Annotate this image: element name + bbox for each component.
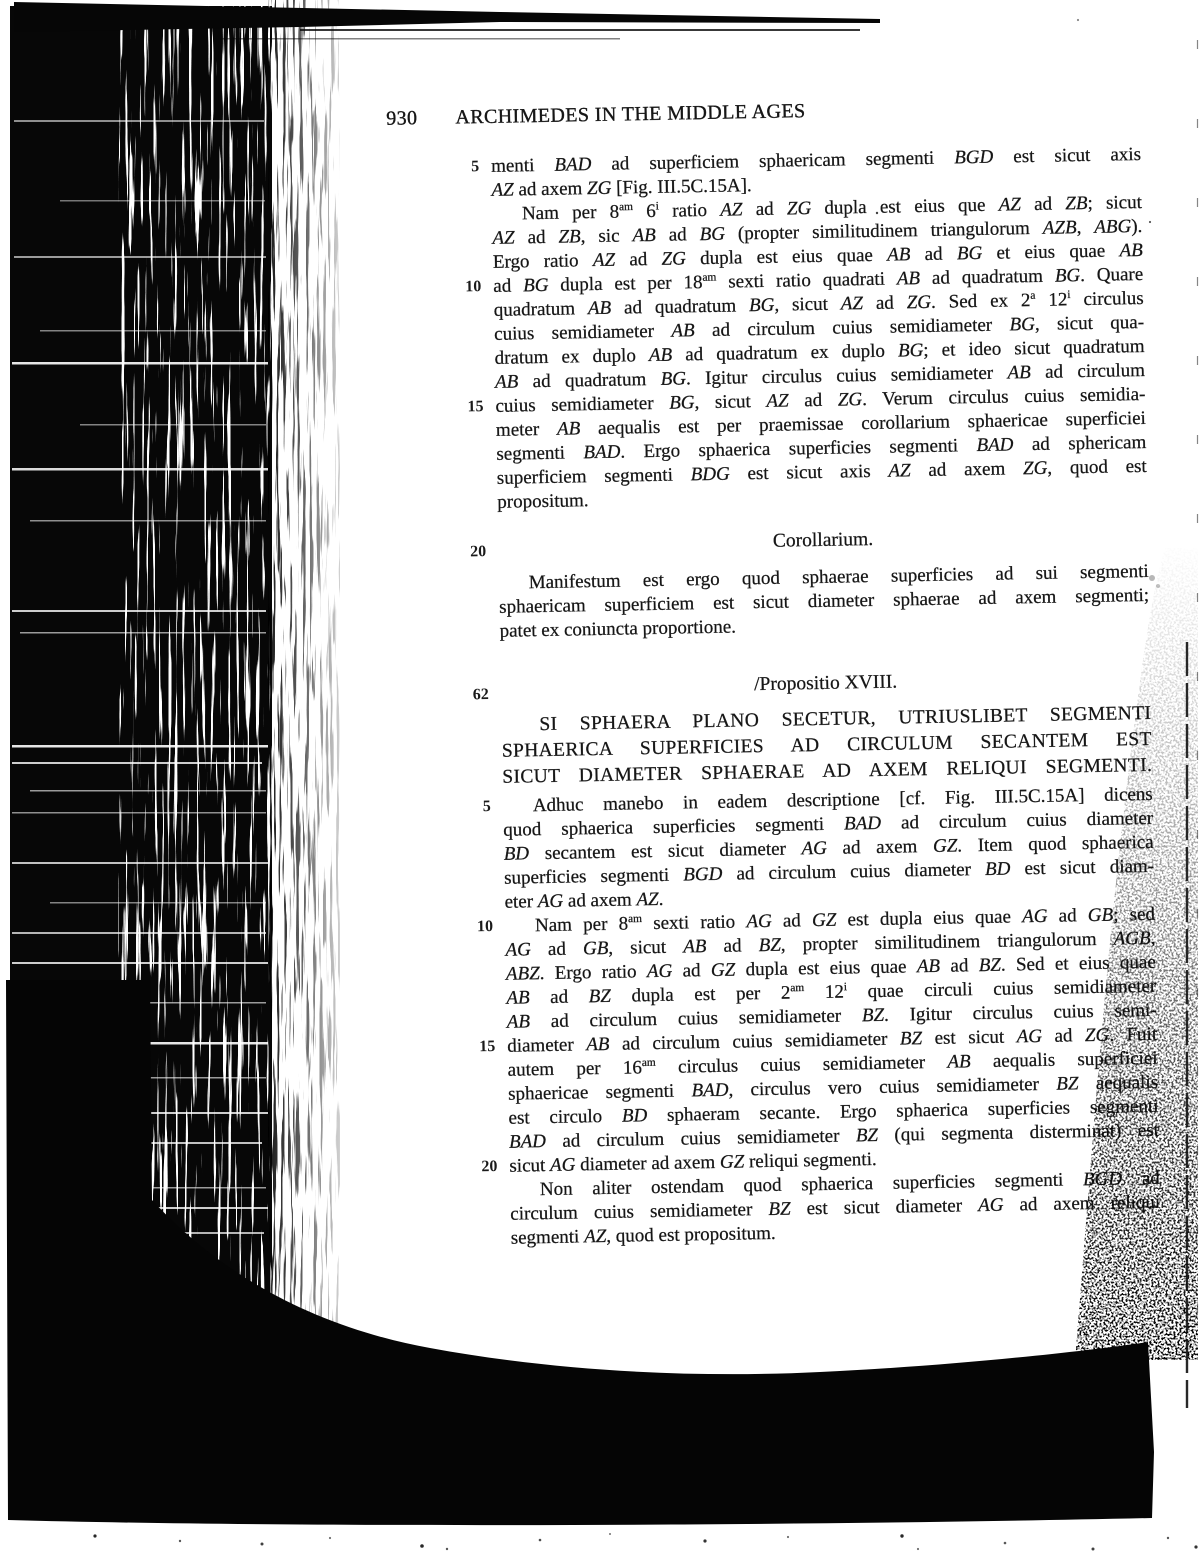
margin-line-number xyxy=(382,765,490,793)
margin-line-number xyxy=(390,1179,498,1205)
scan-scratch-lines xyxy=(12,120,268,1335)
margin-line-number xyxy=(373,251,481,277)
margin-line-number: 15 xyxy=(375,395,483,421)
margin-line-number xyxy=(384,867,492,893)
margin-line-number xyxy=(386,963,494,989)
scanned-book-page: 930 ARCHIMEDES IN THE MIDDLE AGES 5menti… xyxy=(0,0,1200,1552)
margin-line-number: 10 xyxy=(373,275,481,301)
margin-line-number xyxy=(382,739,490,767)
paragraph: 5Adhuc manebo in eadem descriptione [cf.… xyxy=(383,783,1161,1253)
margin-line-number xyxy=(384,891,492,917)
margin-line-number xyxy=(374,323,482,349)
margin-line-number xyxy=(390,1203,498,1229)
margin-line-number xyxy=(375,371,483,397)
heading-text: /Propositio XVIII. xyxy=(500,666,1150,707)
margin-line-number xyxy=(374,347,482,373)
margin-line-number: 5 xyxy=(383,795,491,821)
margin-line-number xyxy=(389,1131,497,1157)
margin-line-number xyxy=(372,203,480,229)
margin-line-number xyxy=(377,467,485,493)
page-text-area: 930 ARCHIMEDES IN THE MIDDLE AGES 5menti… xyxy=(370,93,1161,1253)
margin-line-number xyxy=(388,1107,496,1133)
margin-line-number xyxy=(379,620,487,646)
margin-line-number xyxy=(376,419,484,445)
running-header: 930 ARCHIMEDES IN THE MIDDLE AGES xyxy=(370,93,1140,131)
margin-line-number xyxy=(386,987,494,1013)
paragraph: SI SPHAERA PLANO SECETUR, UTRIUSLIBET SE… xyxy=(381,701,1152,793)
margin-line-number xyxy=(371,179,479,205)
margin-line-number xyxy=(374,299,482,325)
margin-line-number xyxy=(376,443,484,469)
margin-line-number: 20 xyxy=(389,1155,497,1181)
top-edge-scan-streak xyxy=(14,2,880,40)
margin-line-number xyxy=(372,227,480,253)
margin-line-number xyxy=(377,491,485,517)
margin-line-number xyxy=(391,1227,499,1253)
heading-text: Corollarium. xyxy=(498,523,1148,564)
margin-line-number: 15 xyxy=(387,1035,495,1061)
margin-line-number xyxy=(383,819,491,845)
running-title: ARCHIMEDES IN THE MIDDLE AGES xyxy=(455,99,806,129)
margin-line-number xyxy=(387,1059,495,1085)
margin-line-number xyxy=(388,1083,496,1109)
margin-line-number xyxy=(384,843,492,869)
page-number: 930 xyxy=(386,106,418,131)
margin-line-number xyxy=(385,939,493,965)
paragraph: 5menti BAD ad superficiem sphaericam seg… xyxy=(371,143,1147,517)
margin-line-number xyxy=(379,596,487,622)
left-gutter-scan-band xyxy=(10,0,340,1346)
margin-line-number: 20 xyxy=(378,535,487,566)
margin-line-number: 62 xyxy=(381,678,490,709)
paragraph: Manifestum est ergo quod sphaerae superf… xyxy=(379,560,1150,646)
margin-line-number xyxy=(387,1011,495,1037)
margin-line-number xyxy=(379,572,487,598)
margin-line-number xyxy=(381,713,489,741)
text-flow: 5menti BAD ad superficiem sphaericam seg… xyxy=(371,143,1161,1253)
margin-line-number: 5 xyxy=(371,155,479,181)
section-heading: 20Corollarium. xyxy=(378,523,1148,566)
margin-line-number: 10 xyxy=(385,915,493,941)
